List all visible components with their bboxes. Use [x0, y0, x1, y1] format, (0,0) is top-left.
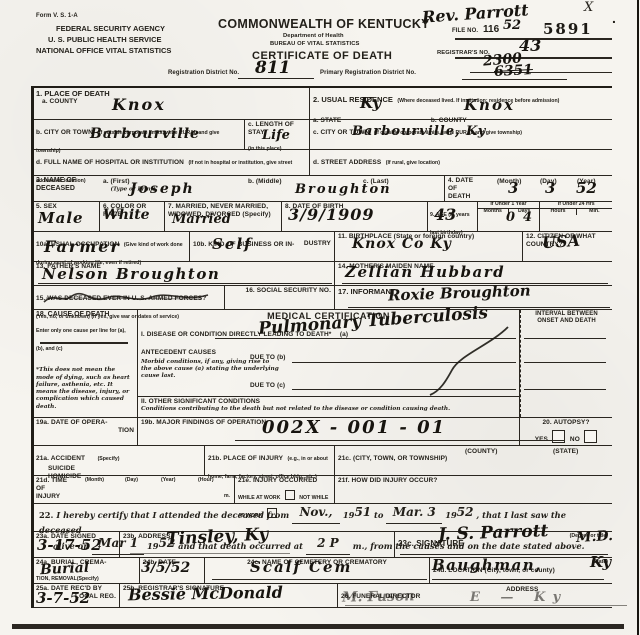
autopsy-no-checkbox	[584, 430, 597, 443]
hw-cemetery: Scalf Cem	[250, 558, 352, 576]
while-at-work-label: WHILE AT WORK	[238, 495, 280, 501]
accident-note: (Specify)	[98, 456, 120, 462]
form-number: Form V. S. 1-A	[36, 13, 78, 20]
death-certificate: Form V. S. 1-A FEDERAL SECURITY AGENCY U…	[0, 0, 640, 635]
name-title: 3. NAME OF DECEASED	[36, 177, 106, 194]
commonwealth-title: COMMONWEALTH OF KENTUCKY	[218, 17, 430, 31]
injury-m-label: m.	[224, 494, 230, 500]
hospital-label: d. FULL NAME OF HOSPITAL OR INSTITUTION	[36, 159, 184, 166]
file-no-label: FILE NO.	[452, 28, 478, 35]
interval-a-line	[524, 338, 606, 339]
hw-business: Self	[212, 235, 253, 253]
armed-forces-scrawl	[42, 290, 212, 306]
dept-line: Department of Health	[283, 33, 344, 40]
hw-attended-to: Mar. 3	[393, 505, 436, 519]
number-6351: 6351	[494, 62, 534, 80]
while-at-work-checkbox	[285, 490, 295, 500]
hw-length-of-stay: Life	[262, 128, 290, 143]
injury-time-label: 21d. TIME OF INJURY	[36, 477, 70, 500]
registrar-no-value: 43	[519, 36, 541, 55]
hw-date-signed: 3-17-52	[37, 536, 102, 554]
hw-death-month: 3	[508, 179, 518, 197]
dod-title: 4. DATE OF DEATH	[448, 177, 480, 200]
first-name-label: a. (First)	[103, 178, 130, 186]
street-label: d. STREET ADDRESS	[313, 159, 381, 166]
registrar-line	[455, 57, 612, 59]
suicide-label: SUICIDE	[48, 465, 201, 473]
address-line	[130, 553, 290, 554]
interval-label: INTERVAL BETWEEN ONSET AND DEATH	[524, 311, 609, 325]
hw-age: 43	[434, 205, 456, 224]
field-time-of-injury: 21d. TIME OF INJURY (Month) (Day) (Year)…	[33, 476, 235, 503]
interval-b-line	[524, 362, 606, 363]
hw-funeral-director: M. Fuson	[342, 588, 415, 605]
hw-year-from: 51	[354, 505, 371, 519]
certify-text-1: I hereby certify that I attended the dec…	[56, 510, 289, 520]
agency-line-2: U. S. PUBLIC HEALTH SERVICE	[48, 35, 162, 44]
location-line	[432, 579, 604, 580]
field-place-of-death: 1. PLACE OF DEATH a. COUNTY	[33, 88, 310, 119]
county-label: a. COUNTY	[42, 98, 306, 106]
certify-19a: 19	[343, 510, 355, 520]
ssn-label: 16. SOCIAL SECURITY NO.	[228, 287, 331, 295]
district-label: Registration District No.	[168, 70, 239, 77]
certify-19b: 19	[445, 510, 457, 520]
injury-state-label: (STATE)	[553, 448, 578, 456]
min-label: Min.	[576, 209, 612, 215]
middle-name-label: b. (Middle)	[248, 178, 282, 186]
autopsy-yes-checkbox	[552, 430, 565, 443]
hw-cemetery-state: Ky	[590, 553, 611, 571]
months-label: Months	[478, 209, 508, 215]
pen-flourish	[400, 325, 520, 405]
hw-residence-city: Barbourville, Ky	[352, 124, 486, 139]
hw-residence-county: Knox	[464, 96, 515, 114]
funeral-director-line	[345, 605, 627, 606]
cause-title: 18. CAUSE OF DEATH	[36, 311, 134, 319]
hw-county-of-death: Knox	[112, 95, 166, 114]
injury-hour-label: (Hour)	[198, 478, 214, 484]
hw-dob: 3/9/1909	[288, 205, 374, 224]
hw-major-findings: 002X - 001 - 01	[262, 417, 446, 438]
agency-line-1: FEDERAL SECURITY AGENCY	[56, 24, 165, 33]
hw-age-days: 4	[523, 210, 532, 225]
hw-age-months: 0	[506, 210, 515, 225]
hw-sex: Male	[38, 209, 84, 227]
autopsy-label: 20. AUTOPSY?	[523, 419, 609, 427]
row-hospital-street: d. FULL NAME OF HOSPITAL OR INSTITUTION …	[33, 150, 612, 176]
hw-mother-name: Zellian Hubbard	[345, 263, 505, 281]
extra-line	[470, 72, 612, 73]
injury-county-label: (COUNTY)	[465, 448, 498, 456]
row-injury-time: 21d. TIME OF INJURY (Month) (Day) (Year)…	[33, 476, 612, 504]
how-injury-label: 21f. HOW DID INJURY OCCUR?	[338, 477, 609, 485]
district-value: 811	[255, 58, 291, 78]
hw-birthplace: Knox Co Ky	[352, 236, 452, 252]
hw-attended-from: Nov.,	[299, 505, 332, 519]
antecedent-note: Morbid conditions, if any, giving rise t…	[141, 359, 281, 381]
hw-funeral-director-address: E — Ky	[470, 590, 568, 605]
hw-year-to: 52	[457, 505, 474, 519]
form-left-border	[31, 88, 34, 608]
agency-line-3: NATIONAL OFFICE VITAL STATISTICS	[36, 46, 171, 55]
cause-sidebar: 18. CAUSE OF DEATH Enter only one cause …	[33, 310, 138, 417]
hw-father-name: Nelson Broughton	[42, 265, 220, 283]
cause-footnote: *This does not mean the mode of dying, s…	[36, 367, 134, 410]
signature-line	[400, 554, 608, 555]
place-of-injury-label: 21b. PLACE OF INJURY	[208, 455, 283, 462]
hw-last-name: Broughton	[295, 182, 392, 197]
operation-date-label-2: TION	[36, 427, 134, 435]
hw-burial-date: 3/5/52	[141, 560, 190, 576]
sidebar-separator	[40, 342, 128, 344]
hw-date-received: 3-7-52	[36, 589, 90, 607]
corner-dot: .	[612, 10, 616, 26]
form-top-border	[31, 86, 612, 88]
place-of-death-title: 1. PLACE OF DEATH	[36, 89, 306, 98]
hw-burial: Burial	[40, 560, 90, 579]
field-how-injury: 21f. HOW DID INJURY OCCUR?	[335, 476, 612, 503]
hw-signature-degree: M.D.	[576, 528, 614, 546]
business-label-2: DUSTRY	[304, 240, 331, 248]
injury-day-label: (Day)	[125, 478, 138, 484]
hw-race: White	[103, 207, 150, 223]
other-conditions-note: Conditions contributing to the death but…	[141, 406, 516, 413]
hw-residence-state: Ky	[360, 94, 381, 112]
certify-number: 22.	[39, 510, 53, 520]
primary-district-label: Primary Registration District No.	[320, 70, 416, 77]
field-date-of-operation: 19a. DATE OF OPERA- TION	[33, 418, 138, 445]
interval-column: INTERVAL BETWEEN ONSET AND DEATH	[520, 310, 612, 417]
interval-c-line	[524, 389, 606, 390]
hours-label: Hours	[540, 209, 575, 215]
hw-registrar-name: Bessie McDonald	[128, 583, 283, 605]
hw-death-day: 3	[545, 179, 555, 197]
field-hospital: d. FULL NAME OF HOSPITAL OR INSTITUTION …	[33, 150, 310, 175]
accident-label: 21a. ACCIDENT	[36, 455, 85, 462]
field-usual-residence: 2. USUAL RESIDENCE (Where deceased lived…	[310, 88, 612, 119]
due-to-c-label: DUE TO (c)	[250, 382, 285, 390]
scan-right-edge	[637, 0, 639, 635]
bureau-line: BUREAU OF VITAL STATISTICS	[270, 41, 359, 48]
city-label: b. CITY OR TOWN	[36, 129, 93, 136]
hw-occupation: Farmer	[44, 237, 121, 256]
primary-district-line	[462, 79, 567, 80]
field-street-address: d. STREET ADDRESS (If rural, give locati…	[310, 150, 612, 175]
file-no-printed: 116	[483, 24, 499, 35]
field-injury-location: 21c. (CITY, TOWN, OR TOWNSHIP) (COUNTY) …	[335, 446, 612, 475]
autopsy-no-label: NO	[570, 436, 580, 443]
operation-date-label: 19a. DATE OF OPERA-	[36, 419, 134, 427]
field-injury-occurred: 21e. INJURY OCCURRED WHILE AT WORK NOT W…	[235, 476, 335, 503]
father-line	[38, 283, 332, 284]
injury-year-label: (Year)	[161, 478, 175, 484]
district-line	[238, 78, 314, 79]
row-accident: 21a. ACCIDENT (Specify) SUICIDE HOMICIDE…	[33, 446, 612, 476]
field-ssn: 16. SOCIAL SECURITY NO.	[225, 286, 335, 309]
injury-city-label: 21c. (CITY, TOWN, OR TOWNSHIP)	[338, 455, 447, 462]
corner-x-mark: X	[584, 0, 593, 15]
injury-month-label: (Month)	[85, 478, 104, 484]
hw-death-year: 52	[576, 179, 597, 197]
injury-occurred-label: 21e. INJURY OCCURRED	[238, 477, 331, 485]
field-accident: 21a. ACCIDENT (Specify) SUICIDE HOMICIDE	[33, 446, 205, 475]
field-place-of-injury: 21b. PLACE OF INJURY (e.g., in or about …	[205, 446, 335, 475]
due-to-b-label: DUE TO (b)	[250, 354, 286, 362]
cause-note: Enter only one cause per line for (a), (…	[36, 328, 126, 352]
hw-marital: Married	[172, 212, 231, 227]
street-note: (If rural, give location)	[386, 160, 440, 166]
certify-text-2: to	[374, 510, 383, 520]
cemetery-line	[212, 579, 427, 580]
hw-first-name: Joseph	[130, 181, 195, 197]
scan-bottom-bar	[12, 624, 624, 629]
hw-signature: J. S. Parrott	[438, 521, 549, 545]
hw-citizen: USA	[541, 231, 580, 253]
findings-line	[235, 440, 565, 441]
hw-city-of-death: Barbourville	[90, 126, 200, 142]
file-no-stamp: 5891	[543, 20, 593, 38]
hw-cemetery-location: Baughman,	[432, 556, 542, 574]
